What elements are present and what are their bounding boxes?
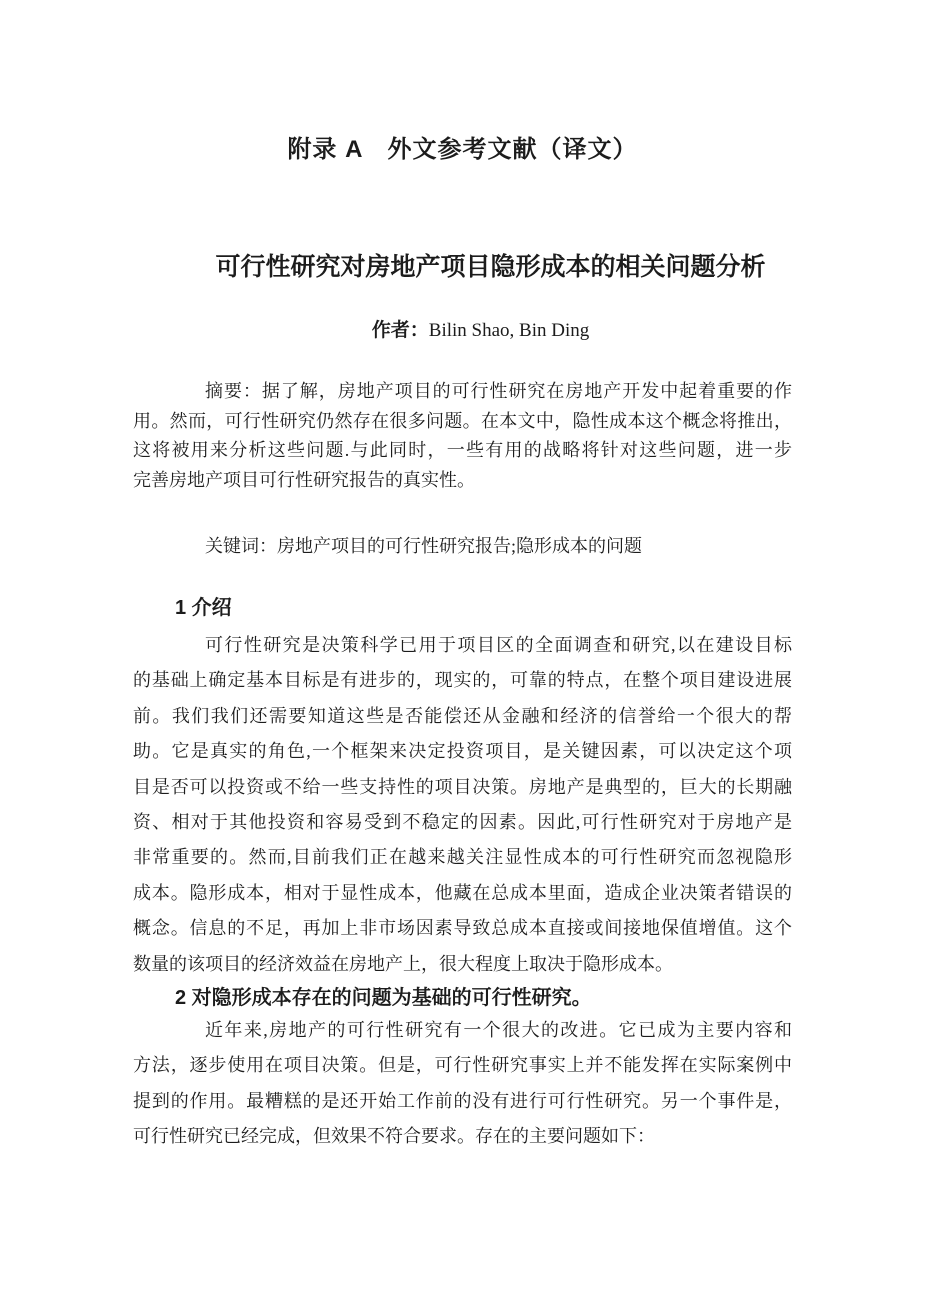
text-line: 方法，逐步使用在项目决策。但是，可行性研究事实上并不能发挥在实际案例中 <box>133 1048 792 1083</box>
author-line: 作者：Bilin Shao, Bin Ding <box>133 320 792 342</box>
paper-title: 可行性研究对房地产项目隐形成本的相关问题分析 <box>133 252 792 282</box>
text-line: 提到的作用。最糟糕的是还开始工作前的没有进行可行性研究。另一个事件是， <box>133 1084 792 1119</box>
text-line: 用。然而，可行性研究仍然存在很多问题。在本文中，隐性成本这个概念将推出， <box>133 407 792 437</box>
section-2-heading: 2 对隐形成本存在的问题为基础的可行性研究。 <box>133 985 792 1011</box>
keywords-line: 关键词：房地产项目的可行性研究报告;隐形成本的问题 <box>133 531 792 561</box>
text-line: 成本。隐形成本，相对于显性成本，他藏在总成本里面，造成企业决策者错误的 <box>133 876 792 911</box>
author-names: Bilin Shao, Bin Ding <box>429 320 589 341</box>
text-line: 可行性研究是决策科学已用于项目区的全面调查和研究,以在建设目标 <box>133 628 792 663</box>
text-line: 近年来,房地产的可行性研究有一个很大的改进。它已成为主要内容和 <box>133 1013 792 1048</box>
author-label: 作者： <box>372 320 429 341</box>
document-content: 附录 A 外文参考文献（译文） 可行性研究对房地产项目隐形成本的相关问题分析 作… <box>133 136 792 1155</box>
text-line: 概念。信息的不足，再加上非市场因素导致总成本直接或间接地保值增值。这个 <box>133 911 792 946</box>
abstract-paragraph: 摘要：据了解，房地产项目的可行性研究在房地产开发中起着重要的作用。然而，可行性研… <box>133 377 792 495</box>
text-line: 可行性研究已经完成，但效果不符合要求。存在的主要问题如下： <box>133 1119 792 1154</box>
text-line: 目是否可以投资或不给一些支持性的项目决策。房地产是典型的，巨大的长期融 <box>133 770 792 805</box>
section-2-paragraph: 近年来,房地产的可行性研究有一个很大的改进。它已成为主要内容和方法，逐步使用在项… <box>133 1013 792 1155</box>
document-page: 附录 A 外文参考文献（译文） 可行性研究对房地产项目隐形成本的相关问题分析 作… <box>0 0 926 1309</box>
section-1-paragraph: 可行性研究是决策科学已用于项目区的全面调查和研究,以在建设目标的基础上确定基本目… <box>133 628 792 982</box>
text-line: 这将被用来分析这些问题.与此同时，一些有用的战略将针对这些问题，进一步 <box>133 436 792 466</box>
text-line: 非常重要的。然而,目前我们正在越来越关注显性成本的可行性研究而忽视隐形 <box>133 840 792 875</box>
appendix-title: 附录 A 外文参考文献（译文） <box>133 136 792 164</box>
text-line: 摘要：据了解，房地产项目的可行性研究在房地产开发中起着重要的作 <box>133 377 792 407</box>
text-line: 的基础上确定基本目标是有进步的，现实的，可靠的特点，在整个项目建设进展 <box>133 663 792 698</box>
text-line: 助。它是真实的角色,一个框架来决定投资项目，是关键因素，可以决定这个项 <box>133 734 792 769</box>
text-line: 前。我们我们还需要知道这些是否能偿还从金融和经济的信誉给一个很大的帮 <box>133 699 792 734</box>
text-line: 数量的该项目的经济效益在房地产上，很大程度上取决于隐形成本。 <box>133 947 792 982</box>
text-line: 资、相对于其他投资和容易受到不稳定的因素。因此,可行性研究对于房地产是 <box>133 805 792 840</box>
section-1-heading: 1 介绍 <box>133 595 792 621</box>
text-line: 完善房地产项目可行性研究报告的真实性。 <box>133 466 792 496</box>
